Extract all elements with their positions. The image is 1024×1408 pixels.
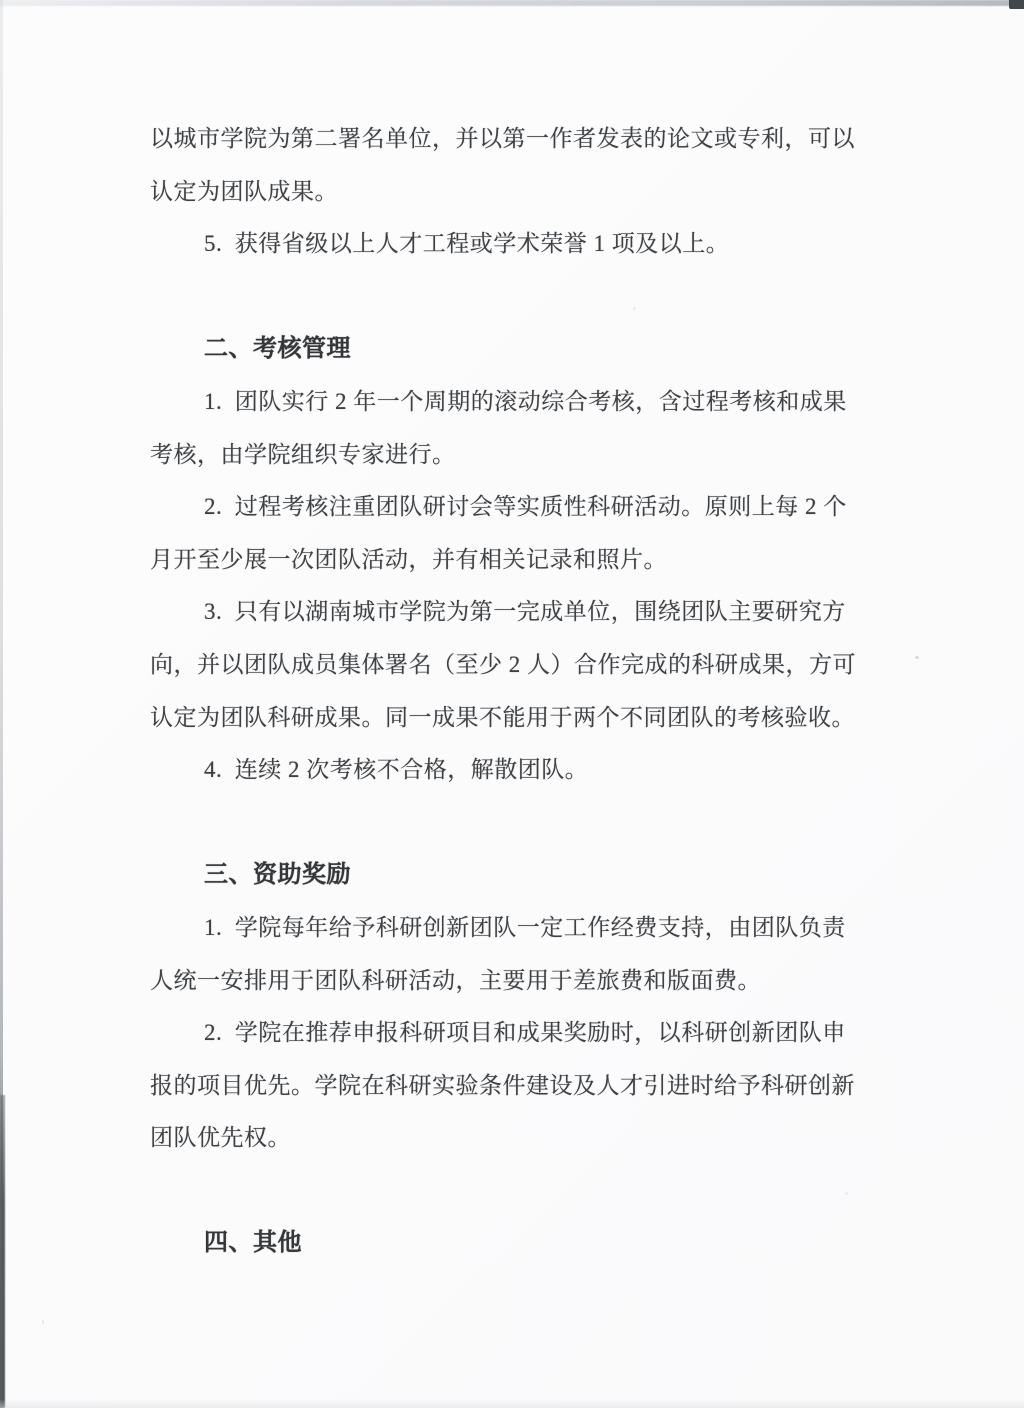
- text-line: 认定为团队科研成果。同一成果不能用于两个不同团队的考核验收。: [150, 692, 874, 745]
- scan-top-edge-shadow: [0, 0, 1024, 6]
- text-line: 向，并以团队成员集体署名（至少 2 人）合作完成的科研成果，方可: [150, 639, 874, 692]
- text-line: 报的项目优先。学院在科研实验条件建设及人才引进时给予科研创新: [150, 1060, 874, 1113]
- scan-top-right-corner-shadow: [1009, 0, 1024, 9]
- scan-bottom-edge-shadow: [0, 1399, 1024, 1408]
- section-heading: 四、其他: [150, 1217, 874, 1270]
- text-line: 2. 过程考核注重团队研讨会等实质性科研活动。原则上每 2 个: [150, 481, 874, 534]
- scan-speck: [915, 656, 919, 659]
- scanned-document-page: 以城市学院为第二署名单位，并以第一作者发表的论文或专利，可以认定为团队成果。5.…: [0, 0, 1024, 1408]
- text-line: 以城市学院为第二署名单位，并以第一作者发表的论文或专利，可以: [150, 113, 874, 166]
- text-line: 5. 获得省级以上人才工程或学术荣誉 1 项及以上。: [150, 218, 874, 271]
- text-line: 3. 只有以湖南城市学院为第一完成单位，围绕团队主要研究方: [150, 586, 874, 639]
- scan-left-edge-bottom-shadow: [0, 1095, 5, 1408]
- text-line: 月开至少展一次团队活动，并有相关记录和照片。: [150, 534, 874, 587]
- text-line: 4. 连续 2 次考核不合格，解散团队。: [150, 744, 874, 797]
- text-line: 1. 学院每年给予科研创新团队一定工作经费支持，由团队负责: [150, 902, 874, 955]
- text-line: 2. 学院在推荐申报科研项目和成果奖励时，以科研创新团队申: [150, 1007, 874, 1060]
- section-heading: 二、考核管理: [150, 323, 874, 376]
- text-line: 团队优先权。: [150, 1112, 874, 1165]
- text-line: 1. 团队实行 2 年一个周期的滚动综合考核，含过程考核和成果: [150, 376, 874, 429]
- text-line: 认定为团队成果。: [150, 166, 874, 219]
- document-body: 以城市学院为第二署名单位，并以第一作者发表的论文或专利，可以认定为团队成果。5.…: [150, 113, 874, 1270]
- text-line: 人统一安排用于团队科研活动，主要用于差旅费和版面费。: [150, 955, 874, 1008]
- section-heading: 三、资助奖励: [150, 849, 874, 902]
- text-line: 考核，由学院组织专家进行。: [150, 429, 874, 482]
- scan-speck: [42, 1320, 44, 1324]
